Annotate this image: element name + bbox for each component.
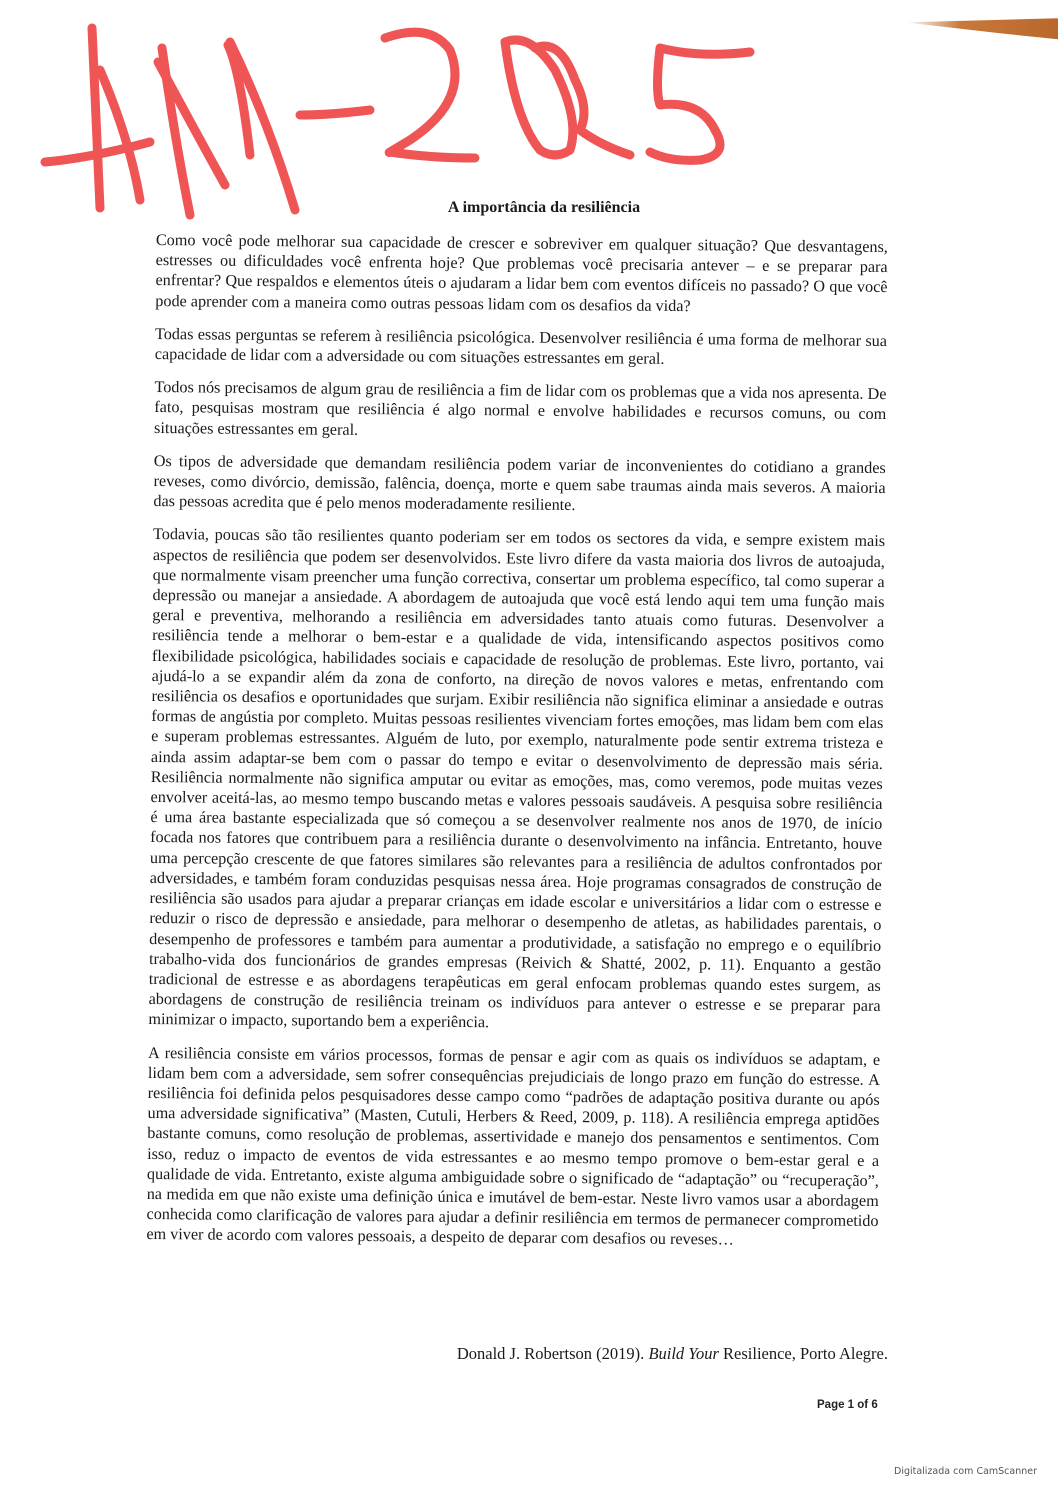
paragraph: Como você pode melhorar sua capacidade d…	[155, 230, 888, 318]
scanned-page: A importância da resiliência Como você p…	[0, 0, 1058, 1497]
citation-rest: Resilience, Porto Alegre.	[719, 1344, 888, 1363]
citation-author: Donald J. Robertson (2019).	[457, 1344, 649, 1363]
scanner-watermark: Digitalizada com CamScanner	[894, 1466, 1037, 1477]
paragraph: A resiliência consiste em vários process…	[146, 1042, 880, 1251]
page-number: Page 1 of 6	[817, 1399, 878, 1411]
source-citation: Donald J. Robertson (2019). Build Your R…	[457, 1344, 888, 1364]
paragraph: Os tipos de adversidade que demandam res…	[153, 451, 886, 519]
citation-italic-title: Build Your	[648, 1344, 718, 1363]
handwritten-annotation-am-2025	[0, 0, 760, 230]
paragraph: Todavia, poucas são tão resilientes quan…	[148, 524, 885, 1036]
page-edge-stain	[905, 18, 1058, 40]
document-title: A importância da resiliência	[0, 199, 1058, 217]
paragraph: Todos nós precisamos de algum grau de re…	[154, 377, 887, 445]
document-body: Como você pode melhorar sua capacidade d…	[146, 230, 888, 1265]
paragraph: Todas essas perguntas se referem à resil…	[155, 324, 887, 371]
